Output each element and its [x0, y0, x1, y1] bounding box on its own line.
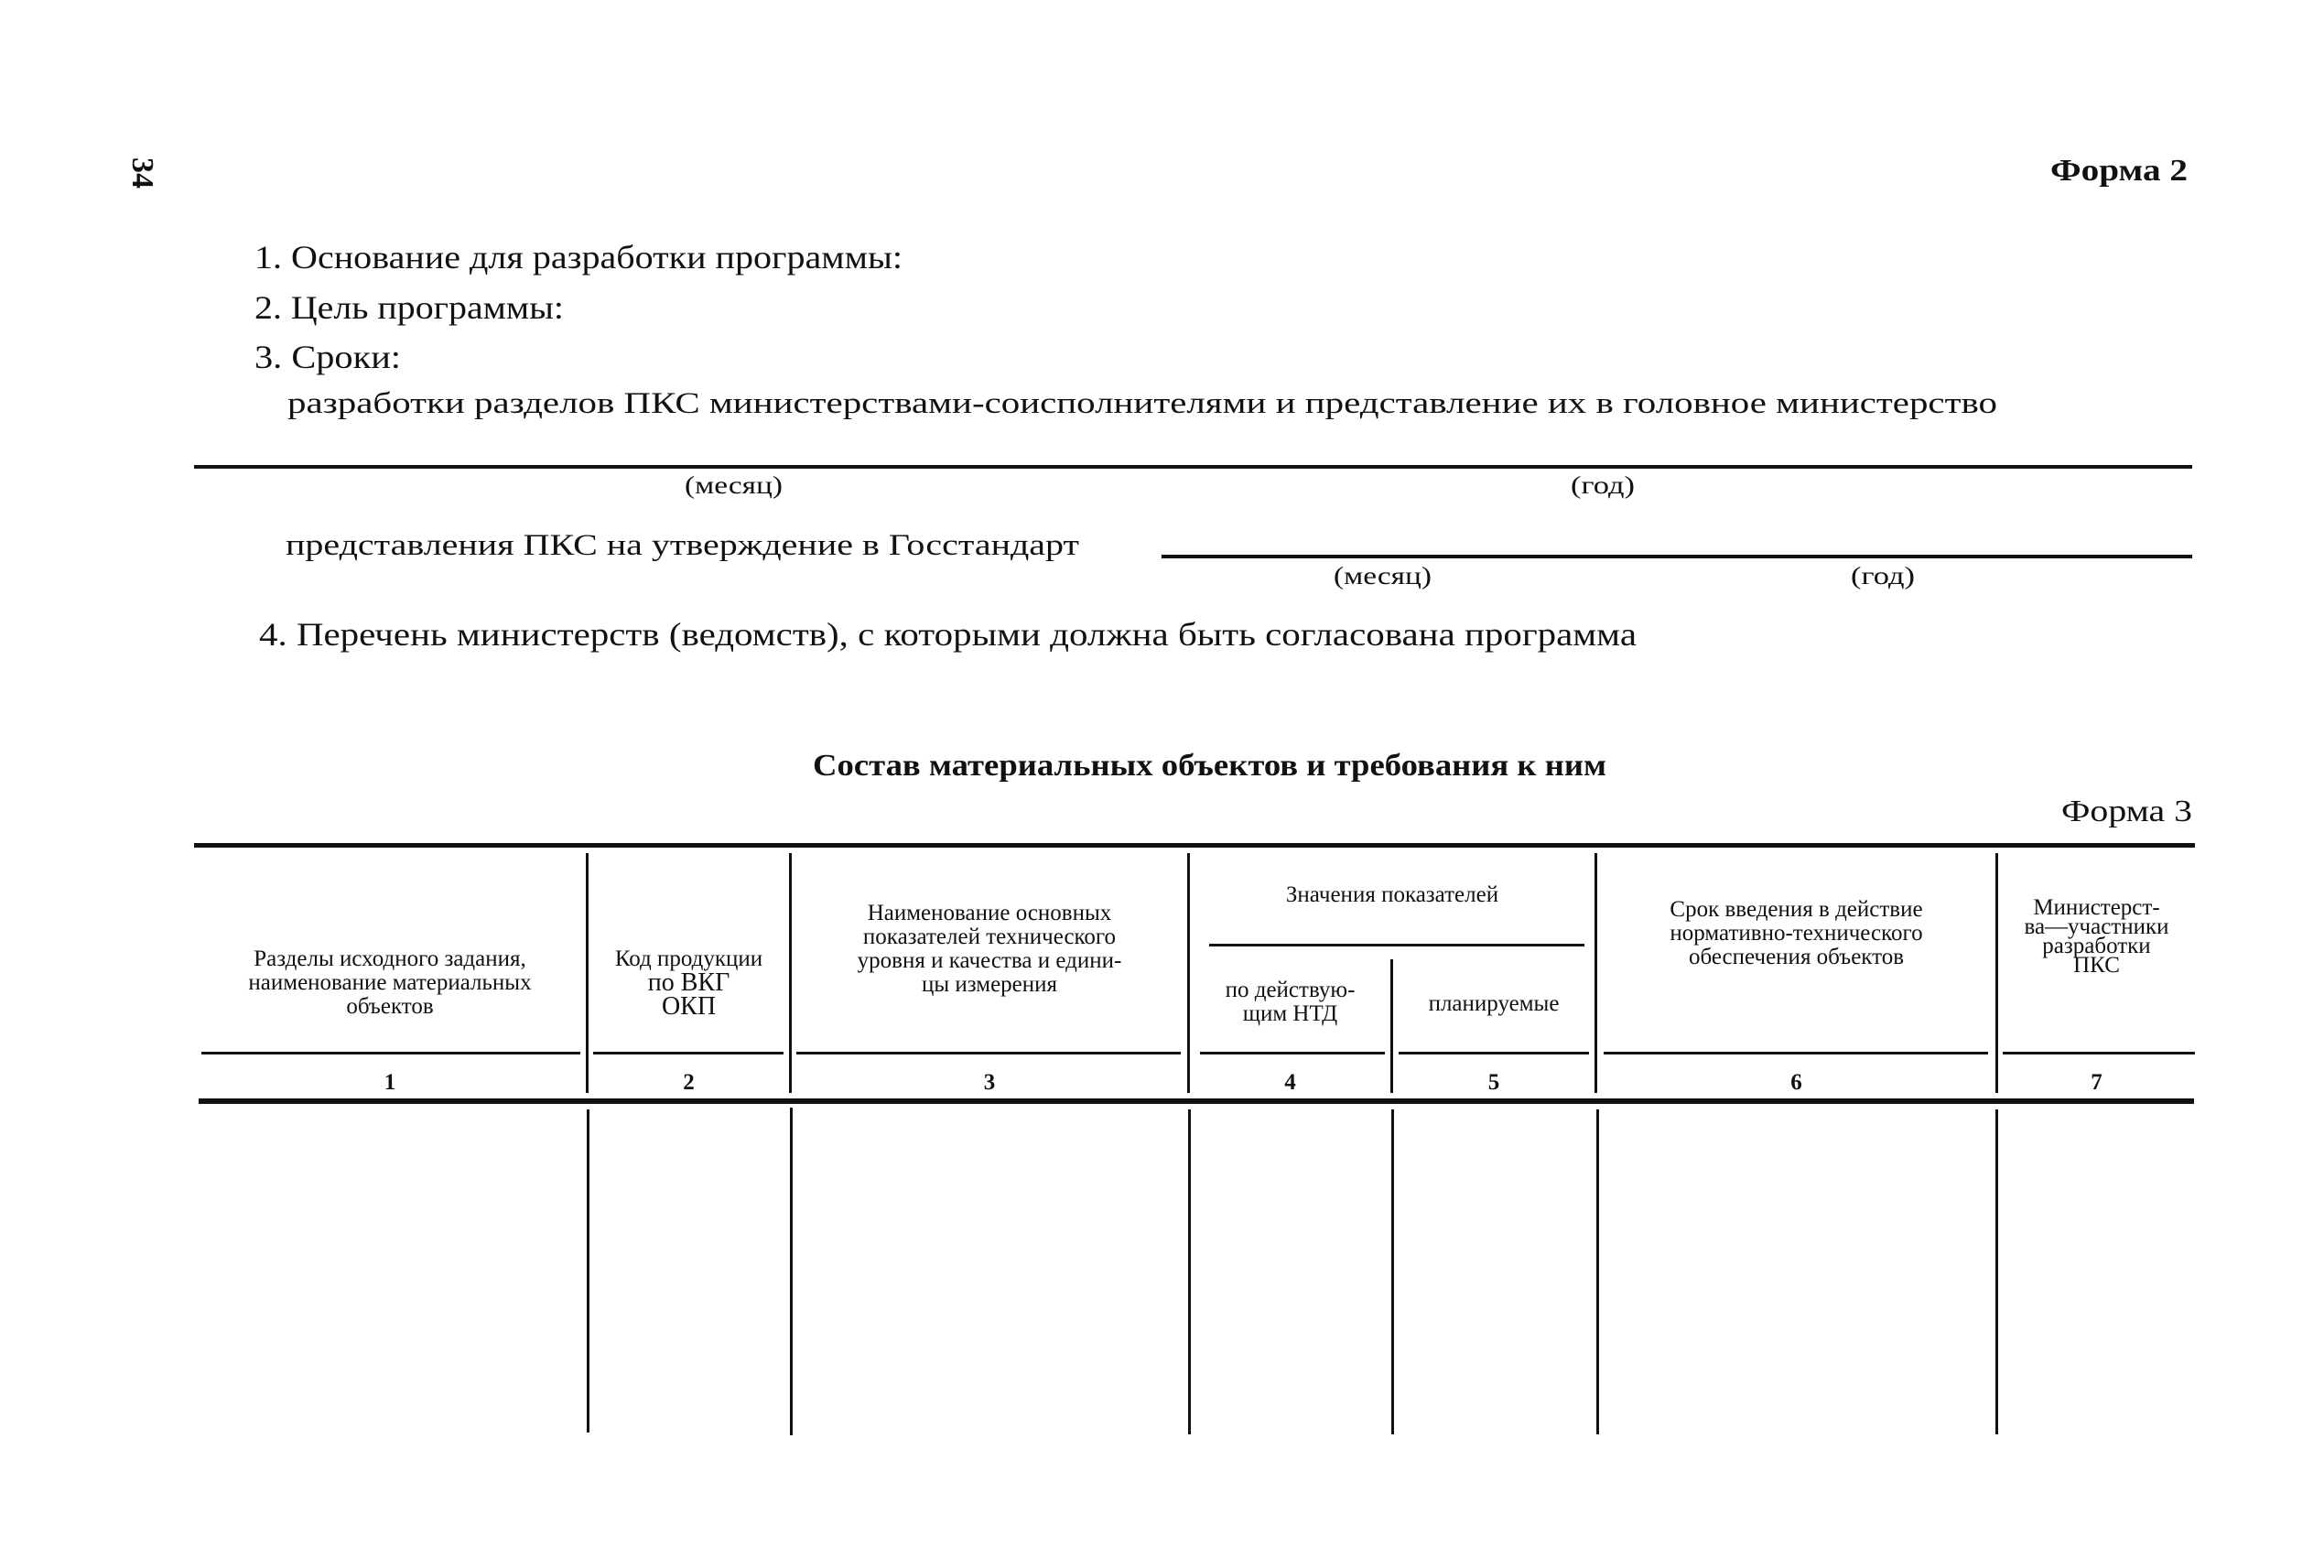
table-numbers-rule [199, 1098, 2194, 1104]
form2-label: Форма 2 [2050, 156, 2188, 187]
header-line: планируемые [1393, 992, 1594, 1016]
group-header-values: Значения показателей [1190, 883, 1594, 907]
header-line: объектов [194, 995, 586, 1019]
table-top-rule [194, 843, 2195, 848]
col-6-header: Срок введения в действие нормативно-техн… [1597, 898, 1995, 969]
form3-label: Форма 3 [2061, 796, 2192, 827]
body-cell-col-3[interactable] [793, 1108, 1187, 1433]
body-cell-col-2[interactable] [589, 1108, 789, 1433]
header-line: ОКП [589, 995, 789, 1019]
col-7-header: Министерст- ва—участники разработки ПКС [1998, 898, 2195, 975]
item-basis: 1. Основание для разработки программы: [254, 241, 903, 274]
col-number-2: 2 [589, 1071, 789, 1095]
deadline-1-text: разработки разделов ПКС министерствами-с… [287, 389, 1997, 419]
col-number-4: 4 [1190, 1071, 1390, 1095]
deadline-1-year-label: (год) [1571, 473, 1635, 498]
item-ministries: 4. Перечень министерств (ведомств), с ко… [259, 618, 1637, 651]
header-rule [1604, 1052, 1988, 1054]
item-deadlines: 3. Сроки: [254, 341, 401, 373]
body-cell-col-4[interactable] [1191, 1108, 1390, 1433]
header-line: цы измерения [792, 973, 1187, 997]
col-number-6: 6 [1597, 1071, 1995, 1095]
header-line: наименование материальных [194, 971, 586, 995]
header-line: уровня и качества и едини- [792, 949, 1187, 973]
col-5-header: планируемые [1393, 992, 1594, 1016]
body-cell-col-1[interactable] [199, 1108, 586, 1433]
item-goal: 2. Цель программы: [254, 291, 564, 324]
header-rule [2003, 1052, 2195, 1054]
deadline-1-fill-line[interactable] [194, 465, 2192, 469]
body-cell-col-5[interactable] [1394, 1108, 1595, 1433]
header-line: обеспечения объектов [1597, 946, 1995, 969]
deadline-2-fill-line[interactable] [1162, 555, 2192, 558]
col-2-header: Код продукции по ВКГ ОКП [589, 947, 789, 1019]
header-line: Значения показателей [1190, 883, 1594, 907]
header-line: щим НТД [1190, 1002, 1390, 1026]
header-rule [1399, 1052, 1589, 1054]
header-line: Наименование основных [792, 902, 1187, 925]
header-rule [593, 1052, 784, 1054]
col-divider [1594, 853, 1597, 1093]
deadline-2-month-label: (месяц) [1334, 564, 1432, 589]
group-header-rule [1209, 944, 1584, 946]
col-4-header: по действую- щим НТД [1190, 979, 1390, 1026]
deadline-2-year-label: (год) [1851, 564, 1915, 589]
body-cell-col-6[interactable] [1599, 1108, 1994, 1433]
col-3-header: Наименование основных показателей технич… [792, 902, 1187, 997]
deadline-2-text: представления ПКС на утверждение в Госст… [286, 531, 1079, 561]
col-number-5: 5 [1393, 1071, 1594, 1095]
col-number-7: 7 [1998, 1071, 2195, 1095]
body-cell-col-7[interactable] [1998, 1108, 2194, 1433]
header-rule [1200, 1052, 1385, 1054]
header-line: ПКС [1998, 956, 2195, 975]
header-line: Срок введения в действие [1597, 898, 1995, 922]
header-rule [201, 1052, 580, 1054]
header-line: нормативно-технического [1597, 922, 1995, 946]
deadline-1-month-label: (месяц) [685, 473, 783, 498]
col-1-header: Разделы исходного задания, наименование … [194, 947, 586, 1019]
header-line: Разделы исходного задания, [194, 947, 586, 971]
form3-title: Состав материальных объектов и требовани… [813, 751, 1606, 782]
page-number: 34 [126, 157, 157, 189]
col-number-3: 3 [792, 1071, 1187, 1095]
header-line: по действую- [1190, 979, 1390, 1002]
col-number-1: 1 [194, 1071, 586, 1095]
header-line: показателей технического [792, 925, 1187, 949]
header-rule [796, 1052, 1181, 1054]
